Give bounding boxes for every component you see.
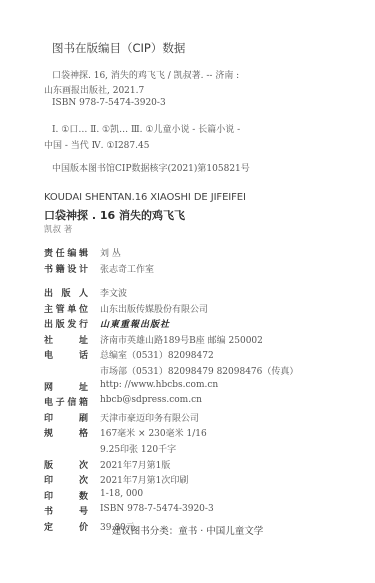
info-row: 电话总编室（0531）82098472	[44, 348, 214, 361]
info-value: 1-18, 000	[100, 489, 143, 502]
info-label: 印刷	[44, 411, 88, 424]
info-label: 印次	[44, 473, 88, 486]
cip-isbn: ISBN 978-7-5474-3920-3	[52, 98, 166, 108]
info-row: 网址http: //www.hbcbs.com.cn	[44, 380, 218, 393]
info-row: 规格167毫米 × 230毫米 1/16	[44, 426, 207, 439]
info-row: 印次2021年7月第1次印刷	[44, 473, 188, 486]
info-value: 167毫米 × 230毫米 1/16	[100, 426, 207, 439]
info-row: 社址济南市英雄山路189号B座 邮编 250002	[44, 333, 263, 346]
info-label: 电子信箱	[44, 395, 88, 408]
info-row: 版次2021年7月第1版	[44, 458, 170, 471]
book-author: 凯叔 著	[44, 223, 72, 235]
info-row: 9.25印张 120千字	[44, 442, 176, 455]
info-row: 书号ISBN 978-7-5474-3920-3	[44, 504, 214, 517]
info-label	[44, 364, 88, 377]
cip-entry-line-2: 山东画报出版社, 2021.7	[44, 83, 144, 96]
info-value: 市场部（0531）82098479 82098476（传真）	[100, 364, 298, 377]
info-row: 出版发行山東重報出版社	[44, 317, 170, 330]
info-label: 规格	[44, 426, 88, 439]
info-value: ISBN 978-7-5474-3920-3	[100, 504, 214, 517]
info-value: 2021年7月第1版	[100, 458, 170, 471]
info-value: 9.25印张 120千字	[100, 442, 176, 455]
info-value: 刘 丛	[100, 246, 121, 259]
book-category-footer: 建议图书分类：童书 · 中国儿童文学	[0, 523, 375, 537]
info-label: 出版发行	[44, 317, 88, 330]
info-row: 市场部（0531）82098479 82098476（传真）	[44, 364, 298, 377]
info-value: hbcb@sdpress.com.cn	[100, 395, 202, 408]
cip-classification-1: Ⅰ. ①口… Ⅱ. ①凯… Ⅲ. ①儿童小说 - 长篇小说 -	[52, 122, 240, 135]
info-label: 书籍设计	[44, 262, 88, 275]
cip-entry-line-1: 口袋神探. 16, 消失的鸡飞飞 / 凯叔著. -- 济南 :	[52, 68, 239, 81]
info-value: 天津市豪迈印务有限公司	[100, 411, 199, 424]
info-row: 印刷天津市豪迈印务有限公司	[44, 411, 199, 424]
book-title: 口袋神探 . 16 消失的鸡飞飞	[44, 207, 185, 223]
info-row: 责任编辑刘 丛	[44, 246, 121, 259]
info-row: 电子信箱hbcb@sdpress.com.cn	[44, 395, 202, 408]
info-label	[44, 442, 88, 455]
info-value: 山东出版传媒股份有限公司	[100, 302, 208, 315]
info-row: 出版人李文波	[44, 286, 127, 299]
info-value: 2021年7月第1次印刷	[100, 473, 188, 486]
cip-heading: 图书在版编目（CIP）数据	[52, 40, 185, 56]
info-value: 总编室（0531）82098472	[100, 348, 214, 361]
info-value: 张志奇工作室	[100, 262, 154, 275]
info-value: 济南市英雄山路189号B座 邮编 250002	[100, 333, 263, 346]
cip-classification-2: 中国 - 当代 Ⅳ. ①I287.45	[44, 138, 149, 151]
info-label: 责任编辑	[44, 246, 88, 259]
info-row: 主管单位山东出版传媒股份有限公司	[44, 302, 208, 315]
info-label: 主管单位	[44, 302, 88, 315]
pinyin-title: KOUDAI SHENTAN.16 XIAOSHI DE JIFEIFEI	[44, 192, 246, 203]
info-row: 书籍设计张志奇工作室	[44, 262, 154, 275]
info-label: 网址	[44, 380, 88, 393]
info-label: 印数	[44, 489, 88, 502]
info-label: 电话	[44, 348, 88, 361]
info-value: http: //www.hbcbs.com.cn	[100, 380, 218, 393]
cip-number: 中国版本图书馆CIP数据核字(2021)第105821号	[52, 161, 250, 174]
info-label: 出版人	[44, 286, 88, 299]
info-value: 山東重報出版社	[100, 317, 170, 330]
info-row: 印数1-18, 000	[44, 489, 143, 502]
info-value: 李文波	[100, 286, 127, 299]
info-label: 社址	[44, 333, 88, 346]
info-label: 版次	[44, 458, 88, 471]
info-label: 书号	[44, 504, 88, 517]
